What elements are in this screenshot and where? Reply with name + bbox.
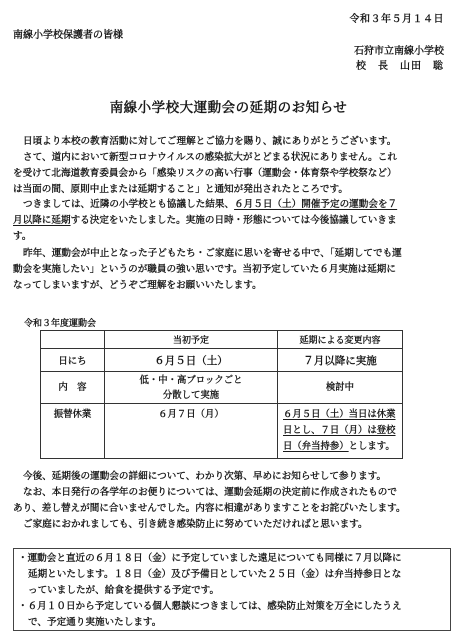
notice-item-conference: ・６月１０日から予定している個人懇談につきましては、感染防止対策を万全にしたうえ — [18, 599, 446, 615]
addressee: 南線小学校保護者の皆様 — [13, 26, 123, 41]
text-line: ご家庭におかれましても、引き続き感染防止に努めていただければと思います。 — [13, 517, 445, 533]
cell-line: 低・中・高ブロックごと — [105, 373, 277, 388]
text-line: あり、差し替えが間に合いませんでした。内容に相違がありますことをお詫びいたします… — [13, 501, 445, 517]
changed-plan-cell: ７月以降に実施 — [278, 349, 403, 372]
issue-date: 令和３年５月１４日 — [350, 10, 445, 25]
row-label: 内 容 — [41, 372, 105, 404]
underlined-emphasis: ６月５日（土）当日は休業 — [283, 409, 396, 420]
text-line: 月以降に延期する決定をいたしました。実施の日時・形態については今後協議していきま — [13, 213, 445, 229]
cell-line: 日（弁当持参）とします。 — [283, 439, 402, 455]
notice-item-line: 延期といたします。１８日（金）及び予備日としていた２５日（金）は弁当持参日とな — [18, 567, 446, 583]
cell-line: ６月５日（土）当日は休業 — [283, 407, 402, 423]
text-line: つきましては、近隣の小学校とも協議した結果、６月５日（土）開催予定の運動会を７ — [13, 197, 445, 213]
text-line: 昨年、運動会が中止となった子どもたち・ご家庭に思いを寄せる中で、「延期してでも運 — [13, 246, 445, 262]
text-line: 日頃より本校の教育活動に対してご理解とご協力を賜り、誠にありがとうございます。 — [13, 134, 445, 150]
underlined-emphasis: 月以降に延期 — [13, 215, 71, 226]
paragraph-decision: つきましては、近隣の小学校とも協議した結果、６月５日（土）開催予定の運動会を７ … — [13, 197, 445, 245]
table-row: 日にち ６月５日（土） ７月以降に実施 — [41, 349, 403, 372]
notice-item-line: で、予定通り実施いたします。 — [18, 615, 446, 631]
schedule-table: 当初予定 延期による変更内容 日にち ６月５日（土） ７月以降に実施 内 容 低… — [40, 330, 403, 459]
text-segment: つきましては、近隣の小学校とも協議した結果、 — [23, 199, 234, 210]
paragraph-greeting: 日頃より本校の教育活動に対してご理解とご協力を賜り、誠にありがとうございます。 … — [13, 134, 445, 198]
changed-plan-cell: 検討中 — [278, 372, 403, 404]
text-line: 動会を実施したい」というのが職員の強い思いです。当初予定していた６月実施は延期に — [13, 262, 445, 278]
table-row: 振替休業 ６月７日（月） ６月５日（土）当日は休業 日とし、７日（月）は登校 日… — [41, 404, 403, 459]
table-caption: 令和３年度運動会 — [24, 316, 96, 329]
paragraph-closing: 今後、延期後の運動会の詳細について、わかり次第、早めにお知らせして参ります。 な… — [13, 469, 445, 533]
row-label: 振替休業 — [41, 404, 105, 459]
cell-line: 日とし、７日（月）は登校 — [283, 423, 402, 439]
table-header-cell — [41, 331, 105, 349]
original-plan-cell: ６月５日（土） — [105, 349, 278, 372]
row-label: 日にち — [41, 349, 105, 372]
underlined-emphasis: 日（弁当持参） — [283, 441, 349, 452]
underlined-emphasis: 日とし、 — [283, 425, 321, 436]
changed-plan-cell: ６月５日（土）当日は休業 日とし、７日（月）は登校 日（弁当持参）とします。 — [278, 404, 403, 459]
text-line: す。 — [13, 229, 445, 245]
text-line: 今後、延期後の運動会の詳細について、わかり次第、早めにお知らせして参ります。 — [13, 469, 445, 485]
text-line: なお、本日発行の各学年のお便りについては、運動会延期の決定前に作成されたもので — [13, 485, 445, 501]
table-row: 内 容 低・中・高ブロックごと 分散して実施 検討中 — [41, 372, 403, 404]
original-plan-cell: ６月７日（月） — [105, 404, 278, 459]
document-title: 南線小学校大運動会の延期のお知らせ — [0, 96, 457, 116]
text-segment: とします。 — [349, 441, 395, 452]
notice-box: ・運動会と直近の６月１８日（金）に予定していました遠足についても同様に７月以降に… — [13, 548, 451, 631]
cell-line: 分散して実施 — [105, 388, 277, 403]
original-plan-cell: 低・中・高ブロックごと 分散して実施 — [105, 372, 278, 404]
text-line: なってしまいますが、どうぞご理解をお願いいたします。 — [13, 278, 445, 294]
principal-name: 校 長 山田 聡 — [356, 57, 444, 72]
notice-item-line: っていましたが、給食を提供する予定です。 — [18, 583, 446, 599]
text-line: は当面の間、原則中止または延期すること」と通知が発出されたところです。 — [13, 182, 445, 198]
table-header-cell: 当初予定 — [105, 331, 278, 349]
table-header-cell: 延期による変更内容 — [278, 331, 403, 349]
underlined-emphasis: ７日（月）は登校 — [321, 425, 396, 436]
text-segment: する決定をいたしました。実施の日時・形態については今後協議していきま — [71, 215, 397, 226]
underlined-emphasis: ６月５日（土）開催予定の運動会を７ — [234, 199, 397, 210]
school-name: 石狩市立南線小学校 — [354, 42, 444, 57]
text-line: を受けて北海道教育委員会から「感染リスクの高い行事（運動会・体育祭や学校祭など） — [13, 166, 445, 182]
text-line: さて、道内において新型コロナウイルスの感染拡大がとどまる状況にありません。これ — [13, 150, 445, 166]
paragraph-staff-wish: 昨年、運動会が中止となった子どもたち・ご家庭に思いを寄せる中で、「延期してでも運… — [13, 246, 445, 294]
notice-item-excursion: ・運動会と直近の６月１８日（金）に予定していました遠足についても同様に７月以降に — [18, 551, 446, 567]
table-header-row: 当初予定 延期による変更内容 — [41, 331, 403, 349]
